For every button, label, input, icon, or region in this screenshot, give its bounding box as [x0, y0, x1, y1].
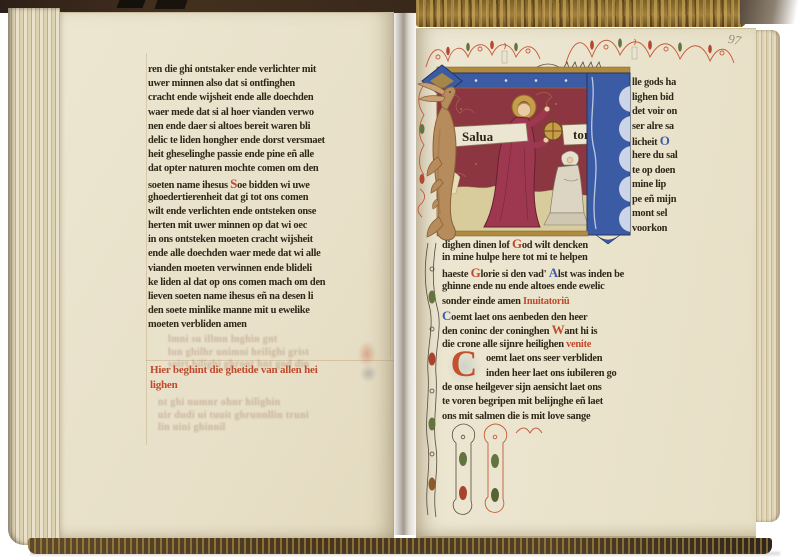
text-line: de onse heilgever sijn aensicht laet ons [442, 381, 738, 395]
text-segment: G [512, 236, 522, 251]
text-line: det voir on [632, 105, 736, 120]
cover-corner-top-right [740, 0, 800, 24]
text-segment: Inuitatoriū [523, 296, 569, 307]
text-segment: uwer minnen also dat si ontfinghen [148, 78, 295, 89]
text-segment: G [471, 265, 481, 280]
text-segment: cracht ende wijsheit ende alle doechden [148, 92, 313, 103]
text-segment: ke liden al dat op ons comen mach om den [148, 277, 325, 288]
bottom-margin-penwork [452, 424, 542, 514]
text-segment: moeten verbliden amen [148, 319, 247, 330]
text-line: lighen bid [632, 91, 736, 106]
text-segment: vianden moeten verwinnen ende blideli [148, 263, 312, 274]
text-segment: lle gods ha [632, 77, 676, 88]
text-segment: pe eñ mijn [632, 194, 676, 205]
text-line: ren die ghi ontstaker ende verlichter mi… [148, 63, 398, 77]
text-line: ende alle doechden waer mede dat wi alle [148, 247, 398, 261]
text-line: inden heer laet ons iubileren go [442, 367, 738, 381]
text-line: lieven soeten name ihesus eñ na desen li [148, 290, 398, 304]
text-line: sonder einde amen Inuitatoriū [442, 295, 738, 309]
text-segment: dighen dinen lof [442, 240, 512, 251]
showthrough-blot [360, 365, 377, 382]
text-segment: uir dudi ui tuuit ghrunnllin truni [158, 410, 309, 421]
text-segment: dat opter naturen mochte comen om den [148, 163, 318, 174]
text-line: ghinne ende nu ende altoes ende ewelic [442, 280, 738, 294]
banner-text-left: Salua [462, 129, 494, 144]
cover-wear-mark [155, 0, 188, 9]
text-segment: ren die ghi ontstaker ende verlichter mi… [148, 64, 316, 75]
right-page-column-text: lle gods halighen biddet voir onser alre… [632, 76, 736, 237]
text-segment: lighen [150, 379, 178, 391]
text-segment: ende alle doechden waer mede dat wi alle [148, 248, 321, 259]
text-line: pe eñ mijn [632, 193, 736, 208]
text-line: uwer minnen also dat si ontfinghen [148, 77, 398, 91]
text-segment: inden heer laet ons iubileren go [486, 368, 616, 379]
lombard-dropcap-C: C [444, 346, 484, 384]
ruling-line [146, 53, 147, 445]
text-line: lle gods ha [632, 76, 736, 91]
left-page-text-block: ren die ghi ontstaker ende verlichter mi… [148, 63, 398, 333]
text-segment: W [552, 322, 565, 337]
text-segment: det voir on [632, 106, 677, 117]
text-segment: herten mit uwer minnen op dat wi oec [148, 220, 307, 231]
right-page-main-text: dighen dinen lof God wilt denckenin mine… [442, 237, 738, 424]
text-line: in mine hulpe here tot mi te helpen [442, 251, 738, 265]
rubric-red-heading: Hier beghint die ghetide van allen heili… [150, 363, 396, 393]
text-segment: soeten name ihesus [148, 180, 230, 191]
text-segment: in mine hulpe here tot mi te helpen [442, 252, 587, 263]
text-line: den soete minlike manne mit u ewelike [148, 304, 398, 318]
text-segment: here du sal [632, 150, 678, 161]
right-page: Salua tor [416, 28, 756, 538]
text-line: licheit O [632, 134, 736, 149]
text-line: dighen dinen lof God wilt dencken [442, 237, 738, 251]
text-segment: lun ghilhr unimni heilighi grist [168, 347, 309, 358]
top-border-penwork [426, 38, 734, 71]
text-segment: lmni su illmn lnghin gnt [168, 334, 277, 345]
text-segment: te op doen [632, 165, 675, 176]
text-segment: A [549, 265, 558, 280]
ink-showthrough: nt ghi numnr ohnr hilighinuir dudi ui tu… [158, 397, 398, 435]
text-segment: C [442, 308, 451, 323]
text-segment: mine lip [632, 179, 666, 190]
text-segment: wilt ende verlichten ende ontsteken onse [148, 206, 316, 217]
text-segment: lst was inden be [558, 269, 624, 280]
text-line: ghoedertierenheit dat gi tot ons comen [148, 191, 398, 205]
text-line: lin uini ghinnil [158, 422, 398, 435]
text-segment: waer mede dat si al hoer vianden verwo [148, 107, 314, 118]
text-segment: heit gheselinghe passie ende pine eñ all… [148, 149, 314, 160]
text-line: soeten name ihesus Soe bidden wi uwe [148, 177, 398, 191]
text-line: dat opter naturen mochte comen om den [148, 162, 398, 176]
text-line: haeste Glorie si den vad' Alst was inden… [442, 266, 738, 280]
text-line: mine lip [632, 178, 736, 193]
text-segment: oe bidden wi uwe [237, 180, 310, 191]
text-line: lighen [150, 378, 396, 393]
candle-motif [502, 39, 637, 63]
text-line: vianden moeten verwinnen ende blideli [148, 262, 398, 276]
text-line: waer mede dat si al hoer vianden verwo [148, 106, 398, 120]
text-segment: venite [566, 339, 591, 350]
gilded-page-edges-top [416, 0, 746, 27]
text-segment: lorie si den vad' [480, 269, 548, 280]
text-segment: den coninc der coninghen [442, 326, 552, 337]
text-line: delic te liden hongher ende dorst versma… [148, 134, 398, 148]
text-segment: nt ghi numnr ohnr hilighin [158, 397, 280, 408]
text-line: ons mit salmen die is mit love sange [442, 410, 738, 424]
text-line: ke liden al dat op ons comen mach om den [148, 276, 398, 290]
text-segment: ghoedertierenheit dat gi tot ons comen [148, 192, 308, 203]
text-segment: den soete minlike manne mit u ewelike [148, 305, 310, 316]
text-segment: lin uini ghinnil [158, 422, 226, 433]
text-segment: ons mit salmen die is mit love sange [442, 411, 590, 422]
text-line: Coemt laet ons aenbeden den heer [442, 309, 738, 323]
text-line: Hier beghint die ghetide van allen hei [150, 363, 396, 378]
text-line: die crone alle sijnre heilighen venite [442, 338, 738, 352]
text-segment: nen ende daer si altoes bereit waren bli [148, 121, 310, 132]
text-line: nt ghi numnr ohnr hilighin [158, 397, 398, 410]
text-line: here du sal [632, 149, 736, 164]
book-shadow [30, 552, 780, 557]
text-segment: oemt laet ons seer verbliden [486, 353, 602, 364]
text-line: herten mit uwer minnen op dat wi oec [148, 219, 398, 233]
text-segment: in ons ontsteken moeten cracht wijsheit [148, 234, 313, 245]
text-line: mont sel [632, 207, 736, 222]
text-line: in ons ontsteken moeten cracht wijsheit [148, 233, 398, 247]
text-line: cracht ende wijsheit ende alle doechden [148, 91, 398, 105]
text-line: ser alre sa [632, 120, 736, 135]
text-line: te op doen [632, 164, 736, 179]
text-line: te voren begripen mit belijnghe eñ laet [442, 395, 738, 409]
text-line: uir dudi ui tuuit ghrunnllin truni [158, 410, 398, 423]
showthrough-initial-blot [358, 341, 376, 367]
text-line: nen ende daer si altoes bereit waren bli [148, 120, 398, 134]
folio-number: 97 [727, 31, 743, 49]
text-segment: Hier beghint die ghetide van allen hei [150, 364, 318, 376]
text-segment: licheit [632, 137, 660, 148]
text-line: wilt ende verlichten ende ontsteken onse [148, 205, 398, 219]
text-segment: ser alre sa [632, 121, 674, 132]
stacked-page-edges-right [754, 30, 780, 522]
text-line: heit gheselinghe passie ende pine eñ all… [148, 148, 398, 162]
cover-wear-mark [117, 0, 146, 8]
text-segment: ghinne ende nu ende altoes ende ewelic [442, 281, 605, 292]
stacked-page-edges-left [8, 8, 60, 545]
left-page: ren die ghi ontstaker ende verlichter mi… [60, 12, 394, 541]
manuscript-open-book-photo: ren die ghi ontstaker ende verlichter mi… [0, 0, 800, 557]
text-segment: sonder einde amen [442, 296, 523, 307]
text-segment: ant hi is [564, 326, 597, 337]
text-segment: voorkon [632, 223, 667, 234]
text-line: den coninc der coninghen Want hi is [442, 323, 738, 337]
text-segment: te voren begripen mit belijnghe eñ laet [442, 396, 603, 407]
blessing-hand [544, 106, 549, 111]
text-segment: od wilt dencken [522, 240, 588, 251]
text-segment: lieven soeten name ihesus eñ na desen li [148, 291, 313, 302]
text-segment: haeste [442, 269, 471, 280]
stag-ear [419, 96, 445, 102]
text-segment: mont sel [632, 208, 667, 219]
text-line: voorkon [632, 222, 736, 237]
text-segment: delic te liden hongher ende dorst versma… [148, 135, 325, 146]
text-segment: lighen bid [632, 92, 674, 103]
text-segment: O [660, 133, 670, 148]
gold-top-stripe [437, 67, 630, 73]
text-line: oemt laet ons seer verbliden [442, 352, 738, 366]
binding-gutter-shadow [392, 12, 418, 535]
text-segment: oemt laet ons aenbeden den heer [451, 312, 587, 323]
text-line: moeten verbliden amen [148, 318, 398, 332]
